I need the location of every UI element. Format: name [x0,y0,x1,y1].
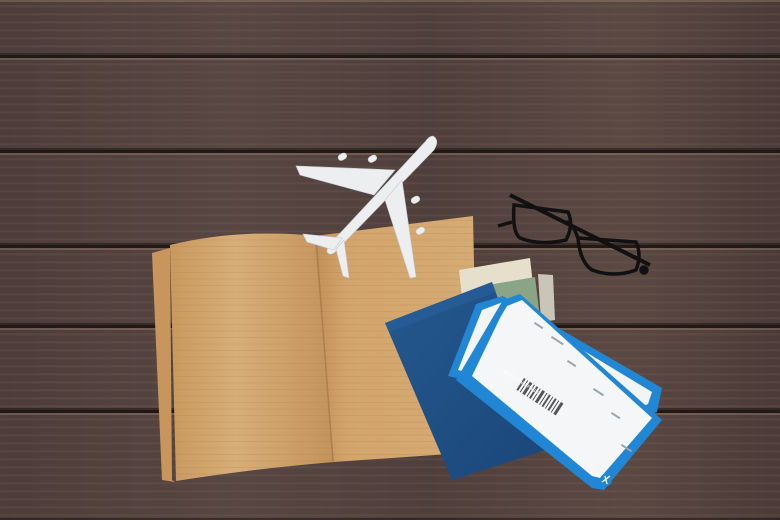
travel-flatlay-photo: BOARDING PASS [0,0,780,520]
objects-layer: BOARDING PASS [0,0,780,520]
